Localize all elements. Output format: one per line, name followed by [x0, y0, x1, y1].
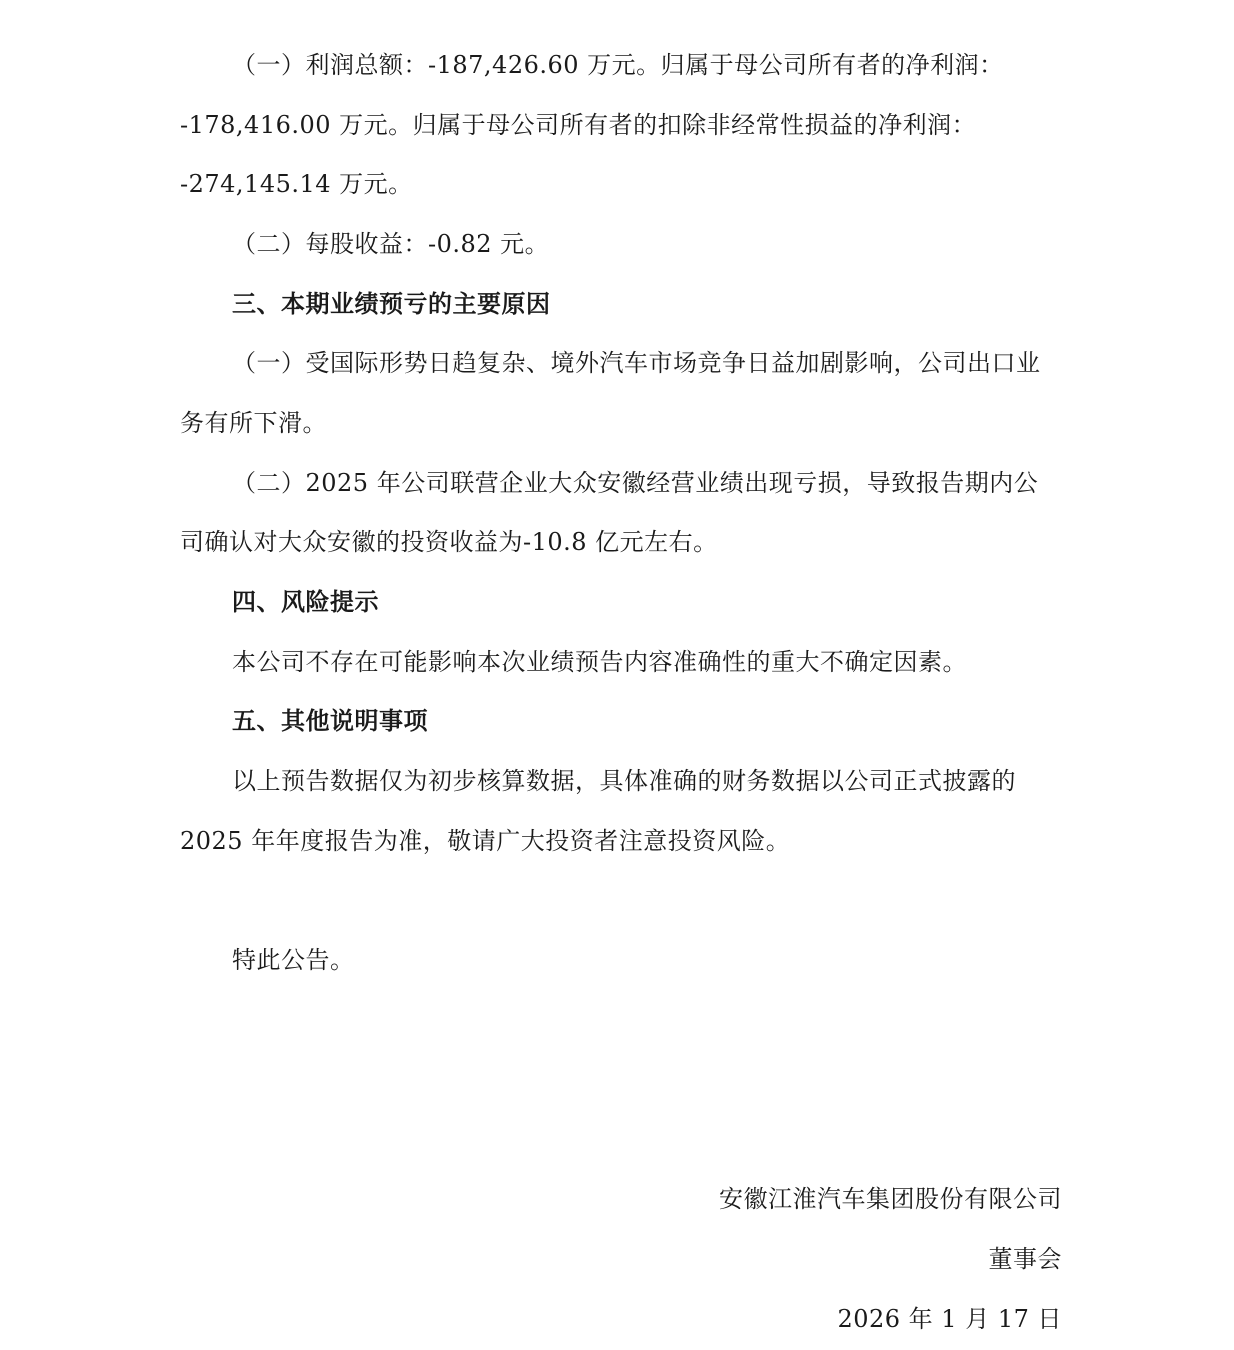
- signature-date: 2026 年 1 月 17 日: [837, 1304, 1062, 1334]
- section-5-heading: 五、其他说明事项: [232, 706, 428, 736]
- profit-total-line-1: （一）利润总额：-187,426.60 万元。归属于母公司所有者的净利润：: [232, 50, 1004, 80]
- profit-total-line-3: -274,145.14 万元。: [180, 169, 413, 199]
- risk-statement: 本公司不存在可能影响本次业绩预告内容准确性的重大不确定因素。: [232, 647, 967, 677]
- other-notes-line-1: 以上预告数据仅为初步核算数据，具体准确的财务数据以公司正式披露的: [232, 766, 1016, 796]
- signature-board: 董事会: [989, 1244, 1063, 1274]
- other-notes-line-2: 2025 年年度报告为准，敬请广大投资者注意投资风险。: [180, 826, 790, 856]
- reason-1-line-1: （一）受国际形势日趋复杂、境外汽车市场竞争日益加剧影响，公司出口业: [232, 348, 1041, 378]
- reason-2-line-2: 司确认对大众安徽的投资收益为-10.8 亿元左右。: [180, 527, 718, 557]
- reason-2-line-1: （二）2025 年公司联营企业大众安徽经营业绩出现亏损，导致报告期内公: [232, 468, 1038, 498]
- signature-company: 安徽江淮汽车集团股份有限公司: [719, 1184, 1062, 1214]
- section-4-heading: 四、风险提示: [232, 587, 379, 617]
- eps-line: （二）每股收益：-0.82 元。: [232, 229, 549, 259]
- closing-statement: 特此公告。: [232, 945, 355, 975]
- section-3-heading: 三、本期业绩预亏的主要原因: [232, 289, 551, 319]
- reason-1-line-2: 务有所下滑。: [180, 408, 327, 438]
- profit-total-line-2: -178,416.00 万元。归属于母公司所有者的扣除非经常性损益的净利润：: [180, 110, 976, 140]
